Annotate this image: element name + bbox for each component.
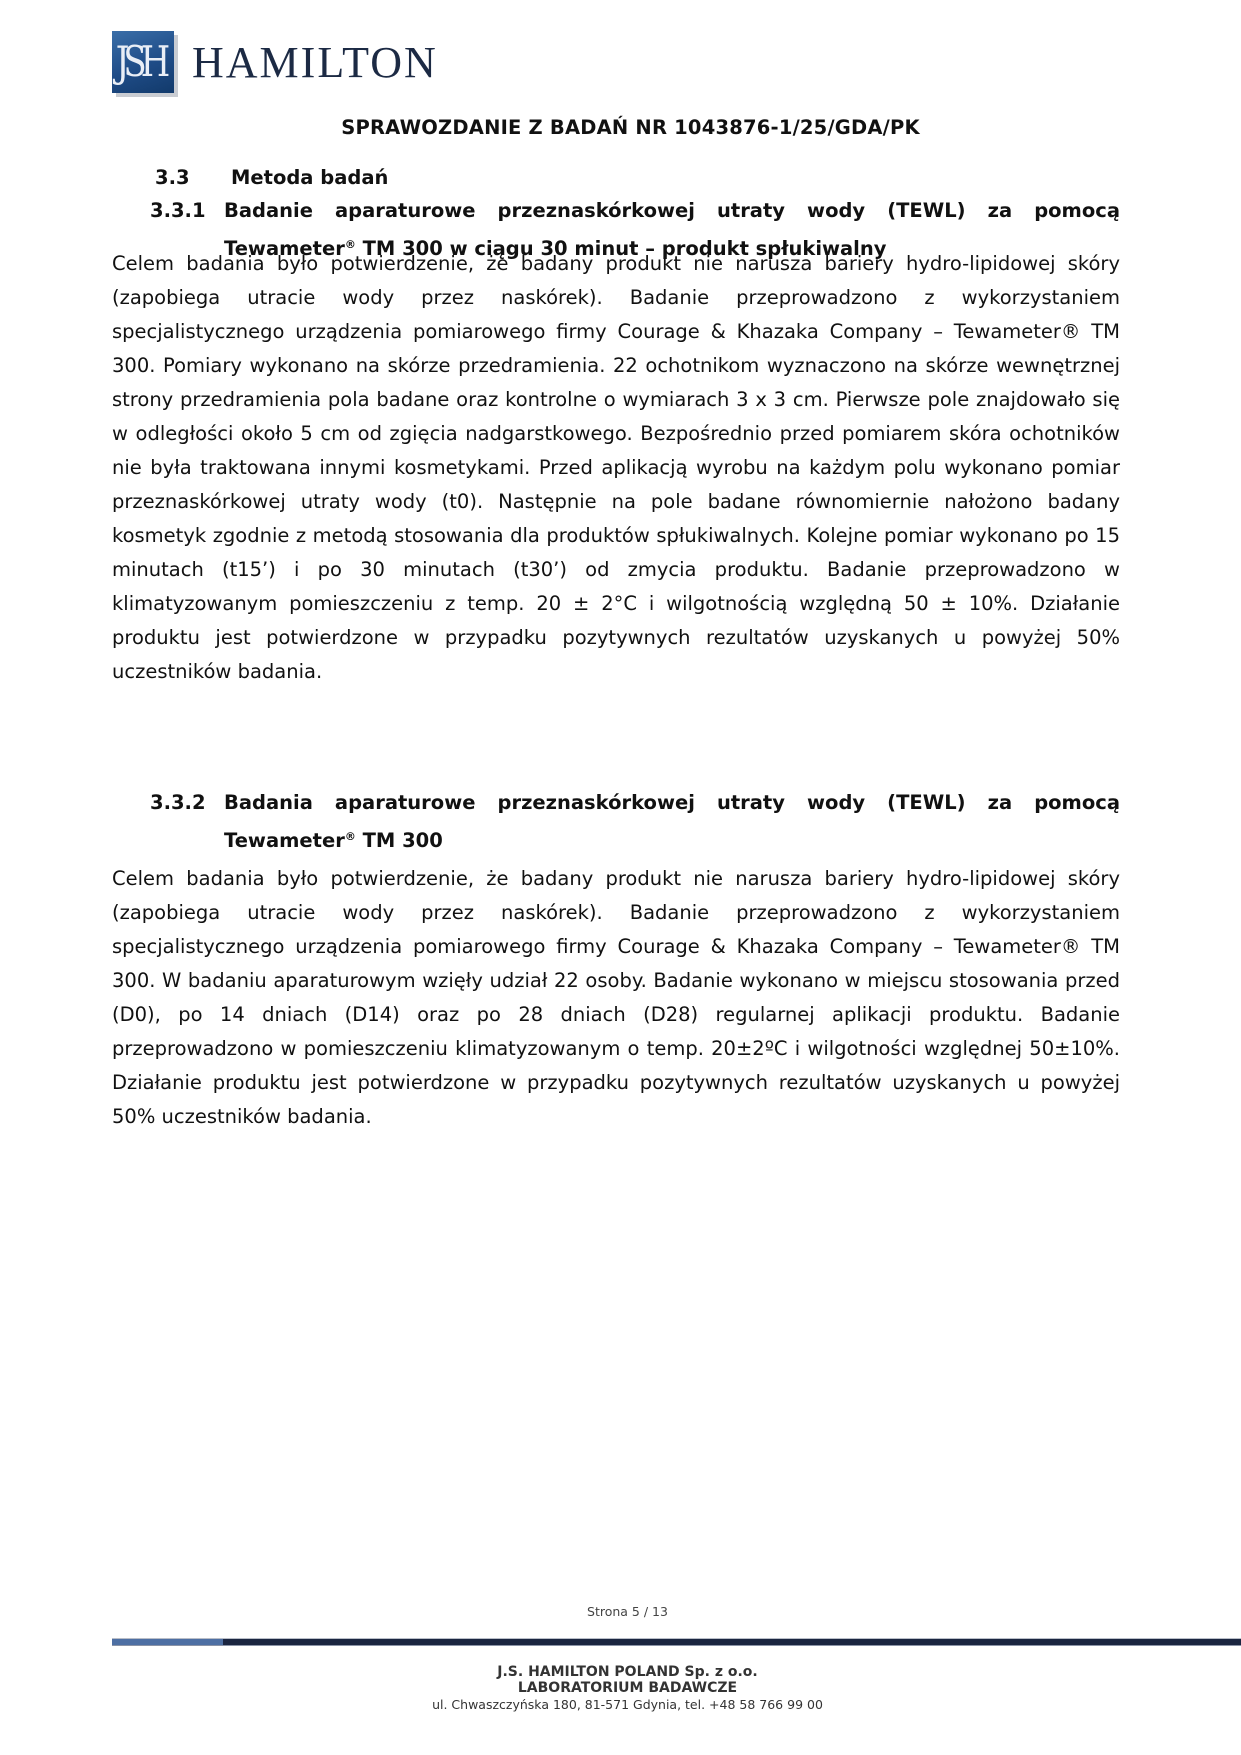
footer-company-info: J.S. HAMILTON POLAND Sp. z o.o. LABORATO… [0, 1664, 1241, 1714]
subsection-title-line2: Tewameter [224, 829, 345, 852]
subsection-heading-3-3-2: 3.3.2Badania aparaturowe przeznaskórkowe… [150, 784, 1120, 860]
section-number: 3.3 [155, 166, 231, 189]
subsection-title-line1: Badanie aparaturowe przeznaskórkowej utr… [224, 199, 1120, 222]
footer-divider-accent [112, 1639, 223, 1645]
report-title: SPRAWOZDANIE Z BADAŃ NR 1043876-1/25/GDA… [0, 116, 1241, 139]
registered-mark: ® [345, 830, 356, 843]
company-logo: JSH HAMILTON [112, 31, 438, 93]
logo-monogram: JSH [116, 37, 165, 87]
company-address: ul. Chwaszczyńska 180, 81-571 Gdynia, te… [14, 1696, 1241, 1714]
subsection-title-line2-rest: TM 300 [356, 829, 443, 852]
logo-mark-icon: JSH [112, 31, 174, 93]
section-title: Metoda badań [231, 166, 388, 189]
subsection-body-3-3-2: Celem badania było potwierdzenie, że bad… [112, 862, 1120, 1134]
subsection-number: 3.3.1 [150, 192, 224, 230]
page-number: Strona 5 / 13 [0, 1604, 1241, 1619]
subsection-number: 3.3.2 [150, 784, 224, 822]
company-name: J.S. HAMILTON POLAND Sp. z o.o. [14, 1664, 1241, 1680]
department-name: LABORATORIUM BADAWCZE [14, 1680, 1241, 1696]
subsection-title-line1: Badania aparaturowe przeznaskórkowej utr… [224, 791, 1120, 814]
section-heading: 3.3Metoda badań [155, 166, 388, 189]
logo-wordmark: HAMILTON [192, 37, 438, 88]
subsection-body-3-3-1: Celem badania było potwierdzenie, że bad… [112, 247, 1120, 689]
footer-divider [112, 1638, 1241, 1646]
